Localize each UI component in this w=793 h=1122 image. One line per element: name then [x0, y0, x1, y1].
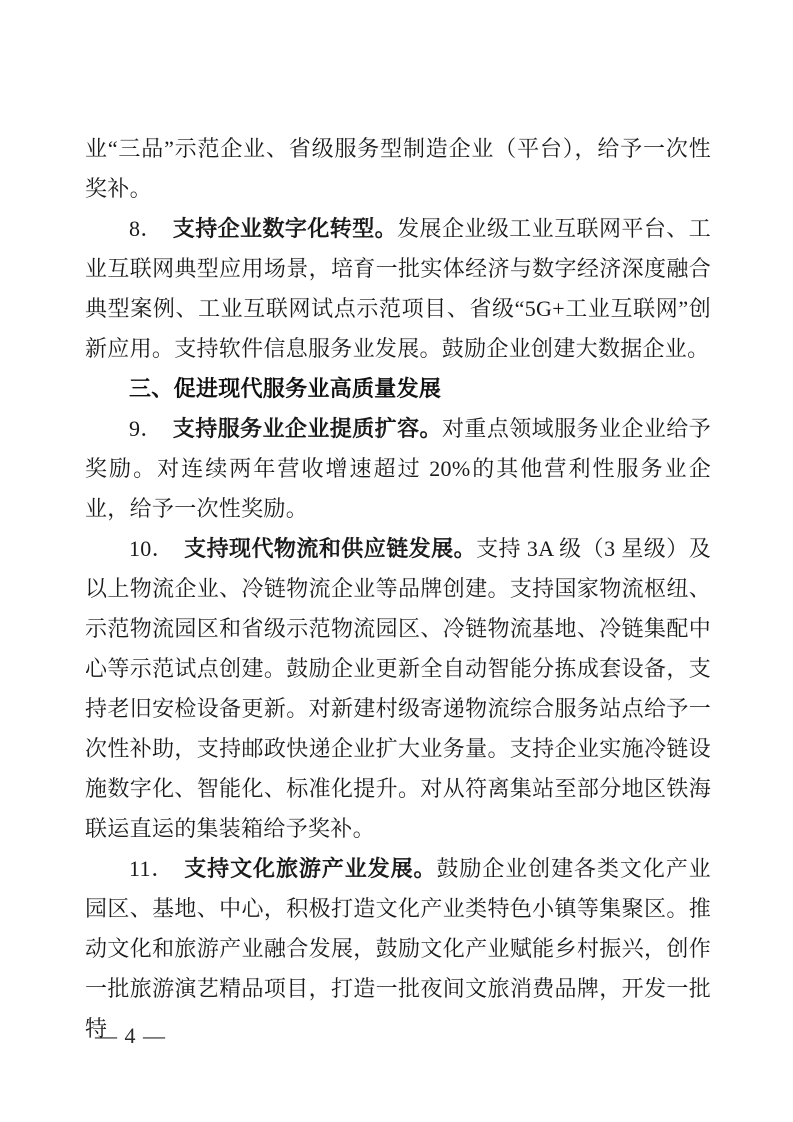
paragraph-item-11: 11．支持文化旅游产业发展。鼓励企业创建各类文化产业园区、基地、中心，积极打造文… — [85, 849, 711, 1049]
paragraph-item-9: 9．支持服务业企业提质扩容。对重点领域服务业企业给予奖励。对连续两年营收增速超过… — [85, 409, 711, 529]
item-11-body: 鼓励企业创建各类文化产业园区、基地、中心，积极打造文化产业类特色小镇等集聚区。推… — [85, 856, 711, 1041]
document-page: 业“三品”示范企业、省级服务型制造企业（平台），给予一次性奖补。 8．支持企业数… — [0, 0, 793, 1122]
paragraph-item-8: 8．支持企业数字化转型。发展企业级工业互联网平台、工业互联网典型应用场景，培育一… — [85, 209, 711, 369]
paragraph-item-10: 10．支持现代物流和供应链发展。支持 3A 级（3 星级）及以上物流企业、冷链物… — [85, 529, 711, 849]
document-body: 业“三品”示范企业、省级服务型制造企业（平台），给予一次性奖补。 8．支持企业数… — [85, 129, 711, 1049]
item-11-number: 11． — [129, 856, 184, 881]
section-3-heading: 三、促进现代服务业高质量发展 — [85, 369, 711, 409]
page-number: — 4 — — [95, 1016, 166, 1056]
item-11-lead: 支持文化旅游产业发展。 — [184, 856, 436, 881]
paragraph-continuation: 业“三品”示范企业、省级服务型制造企业（平台），给予一次性奖补。 — [85, 129, 711, 209]
item-10-body: 支持 3A 级（3 星级）及以上物流企业、冷链物流企业等品牌创建。支持国家物流枢… — [85, 536, 711, 841]
item-9-number: 9． — [129, 416, 173, 441]
item-9-lead: 支持服务业企业提质扩容。 — [173, 416, 442, 441]
item-10-lead: 支持现代物流和供应链发展。 — [184, 536, 476, 561]
item-8-number: 8． — [129, 216, 173, 241]
item-8-lead: 支持企业数字化转型。 — [173, 216, 397, 241]
item-10-number: 10． — [129, 536, 184, 561]
